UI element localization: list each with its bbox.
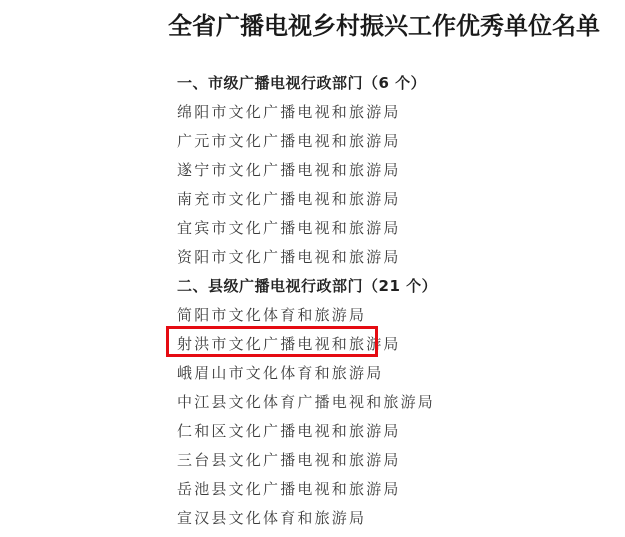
list-item: 中江县文化体育广播电视和旅游局 — [177, 391, 435, 412]
list-item: 遂宁市文化广播电视和旅游局 — [177, 159, 401, 180]
list-item: 宜宾市文化广播电视和旅游局 — [177, 217, 401, 238]
document-title: 全省广播电视乡村振兴工作优秀单位名单 — [168, 6, 568, 41]
list-item-highlighted: 射洪市文化广播电视和旅游局 — [177, 333, 401, 354]
list-item: 简阳市文化体育和旅游局 — [177, 304, 366, 325]
section-heading-county: 二、县级广播电视行政部门（21 个） — [177, 275, 437, 296]
list-item: 南充市文化广播电视和旅游局 — [177, 188, 401, 209]
list-item: 峨眉山市文化体育和旅游局 — [177, 362, 383, 383]
section-heading-city: 一、市级广播电视行政部门（6 个） — [177, 72, 426, 93]
list-item: 绵阳市文化广播电视和旅游局 — [177, 101, 401, 122]
list-item: 广元市文化广播电视和旅游局 — [177, 130, 401, 151]
list-item: 三台县文化广播电视和旅游局 — [177, 449, 401, 470]
list-item: 岳池县文化广播电视和旅游局 — [177, 478, 401, 499]
list-item: 宣汉县文化体育和旅游局 — [177, 507, 366, 528]
list-item: 资阳市文化广播电视和旅游局 — [177, 246, 401, 267]
list-item: 仁和区文化广播电视和旅游局 — [177, 420, 401, 441]
